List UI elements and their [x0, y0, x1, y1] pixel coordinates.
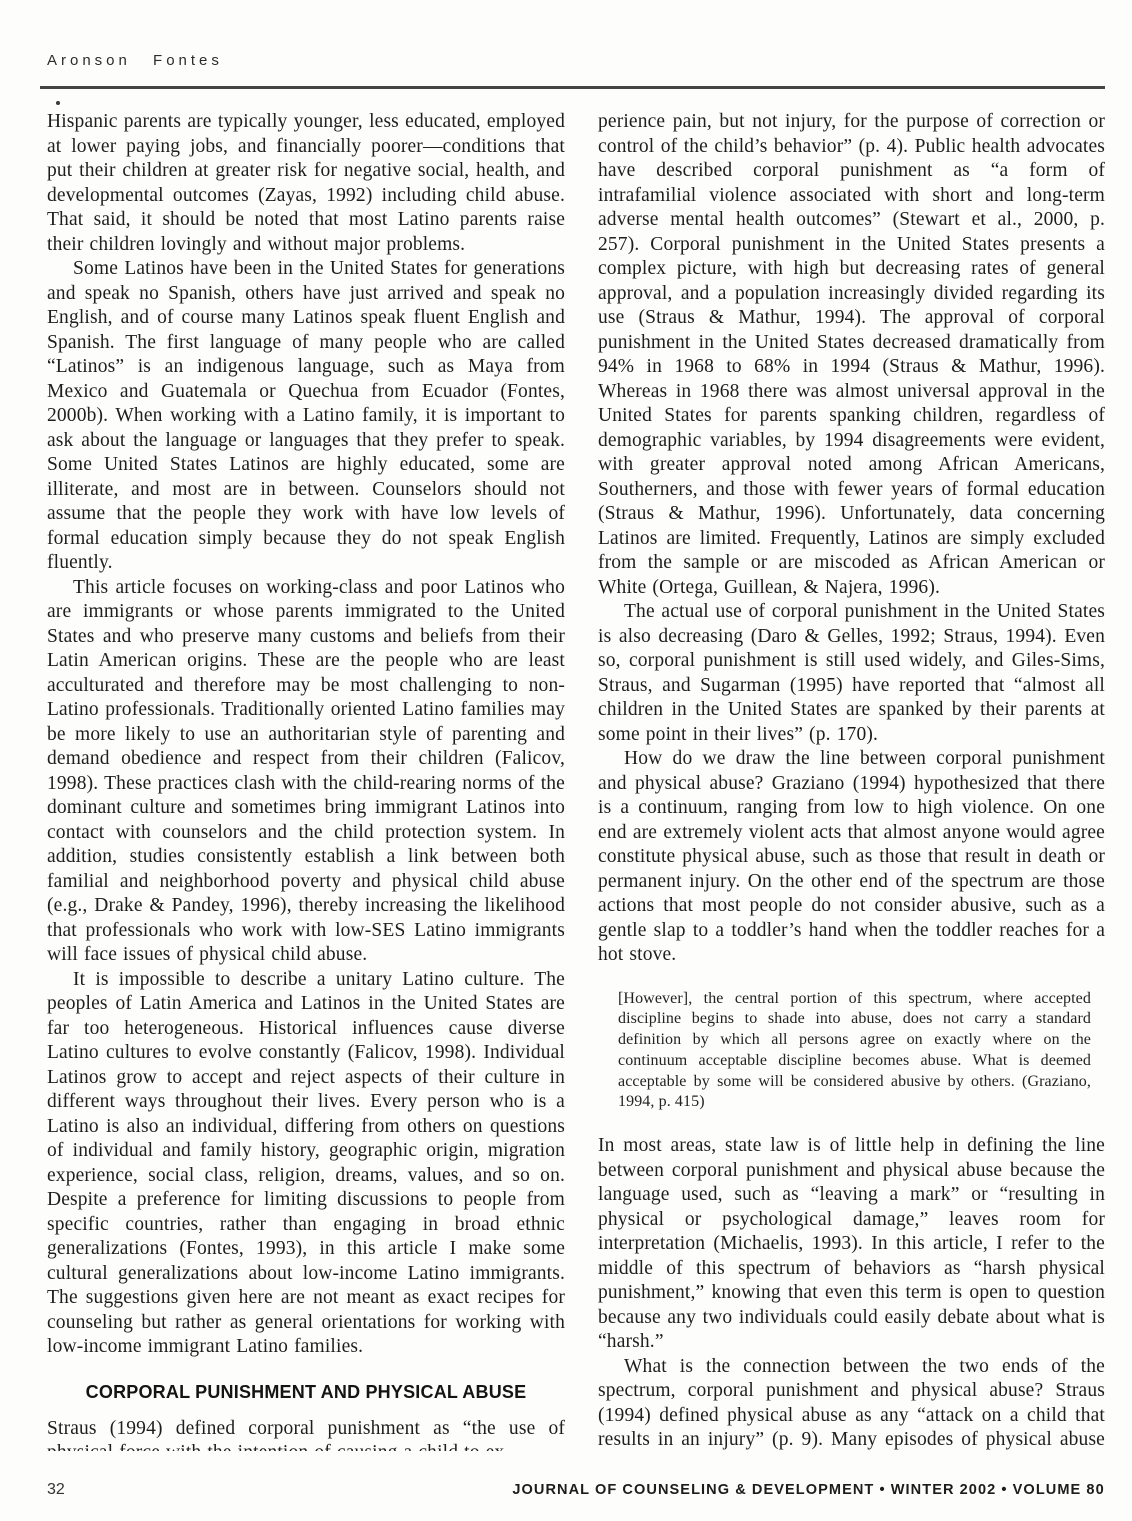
running-head: Aronson Fontes — [47, 52, 223, 69]
scan-artifact-dot — [56, 101, 60, 105]
journal-page: Aronson Fontes Hispanic parents are typi… — [0, 0, 1132, 1521]
block-quote: [However], the central portion of this s… — [618, 989, 1091, 1114]
paragraph-continued-from-left-column: perience pain, but not injury, for the p… — [598, 110, 1105, 600]
header-rule — [40, 86, 1105, 89]
page-footer: 32 JOURNAL OF COUNSELING & DEVELOPMENT •… — [47, 1481, 1105, 1499]
paragraph-section-opening: Straus (1994) defined corporal punishmen… — [47, 1417, 565, 1452]
right-column: perience pain, but not injury, for the p… — [598, 110, 1105, 1451]
paragraph: The actual use of corporal punishment in… — [598, 600, 1105, 747]
paragraph-after-quote: In most areas, state law is of little he… — [598, 1134, 1105, 1355]
left-column: Hispanic parents are typically younger, … — [47, 110, 565, 1451]
paragraph: It is impossible to describe a unitary L… — [47, 968, 565, 1360]
article-body: Hispanic parents are typically younger, … — [47, 110, 1105, 1451]
paragraph-continued-from-previous-page: Hispanic parents are typically younger, … — [47, 110, 565, 257]
page-number: 32 — [47, 1481, 65, 1499]
paragraph: What is the connection between the two e… — [598, 1355, 1105, 1451]
journal-footer-title: JOURNAL OF COUNSELING & DEVELOPMENT • WI… — [513, 1481, 1105, 1498]
paragraph: Some Latinos have been in the United Sta… — [47, 257, 565, 576]
paragraph: How do we draw the line between corporal… — [598, 747, 1105, 968]
paragraph: This article focuses on working-class an… — [47, 576, 565, 968]
section-heading: CORPORAL PUNISHMENT AND PHYSICAL ABUSE — [47, 1382, 565, 1403]
